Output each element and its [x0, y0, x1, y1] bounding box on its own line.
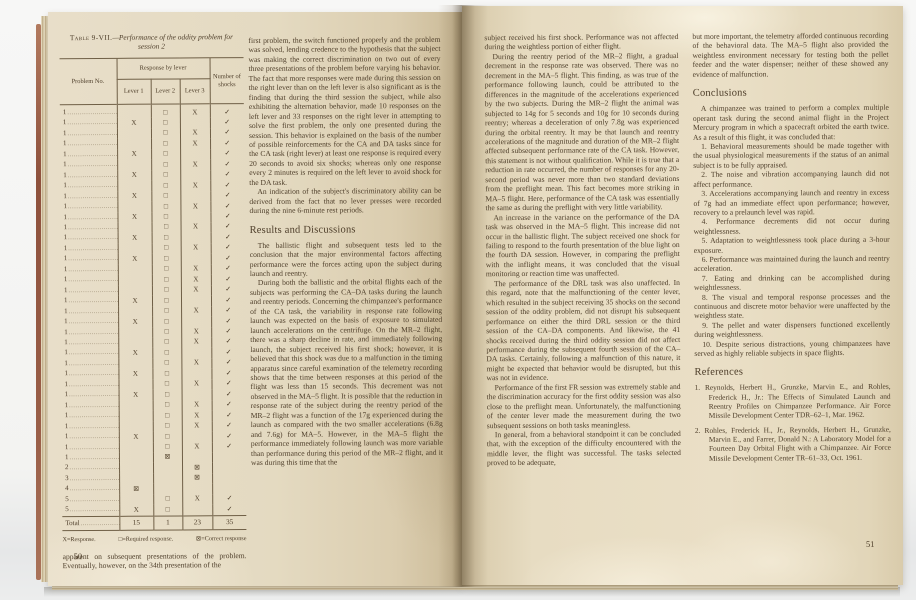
- shock-cell: ✓: [212, 389, 246, 400]
- lever2-cell: □: [153, 505, 182, 516]
- problem-cell: 1: [61, 380, 118, 391]
- shock-cell: ✓: [210, 159, 244, 170]
- body-paragraph: During the reentry period of the MR–2 fl…: [485, 51, 680, 213]
- lever2-cell: □: [151, 118, 180, 129]
- lever1-cell: X: [119, 505, 153, 516]
- oddity-table: Problem No. Response by lever Number of …: [60, 57, 247, 531]
- right-text-column-2: but more important, the telemetry afford…: [692, 31, 891, 468]
- right-page-content: subject received his first shock. Perfor…: [460, 5, 905, 587]
- problem-cell: 1: [61, 286, 118, 297]
- shock-cell: ✓: [212, 442, 246, 453]
- lever3-cell: [181, 295, 211, 306]
- dot-leader: [66, 109, 116, 119]
- problem-cell: 1: [61, 244, 118, 255]
- problem-cell: 1: [62, 453, 119, 464]
- lever3-cell: X: [180, 201, 210, 212]
- problem-cell: 1: [61, 275, 118, 286]
- dot-leader: [68, 349, 118, 359]
- dot-leader: [68, 328, 118, 338]
- conclusion-item: 1. Behavioral measurements should be mad…: [693, 141, 889, 170]
- dot-leader: [68, 318, 118, 328]
- table-title: Table 9-VII.—Performance of the oddity p…: [63, 32, 239, 51]
- reference-item: 2. Rohles, Frederick H., Jr., Reynolds, …: [695, 424, 891, 462]
- conclusion-item: 7. Eating and drinking can be accomplish…: [694, 272, 890, 292]
- lever2-cell: □: [152, 358, 181, 369]
- lever3-cell: X: [181, 264, 211, 275]
- problem-cell: 1: [62, 421, 119, 432]
- shock-cell: ✓: [211, 243, 245, 254]
- lever3-cell: ⊠: [182, 473, 212, 484]
- total-lever3: 23: [182, 515, 212, 529]
- results-heading: Results and Discussions: [250, 223, 442, 235]
- body-paragraph: first problem, the switch functioned pro…: [248, 35, 441, 187]
- problem-cell: 1: [61, 348, 118, 359]
- lever3-cell: [181, 233, 211, 244]
- conclusion-item: 9. The pellet and water dispensers funct…: [694, 320, 890, 340]
- dot-leader: [67, 192, 117, 202]
- lever1-cell: X: [118, 254, 152, 265]
- conclusion-item: 2. The noise and vibration accompanying …: [693, 169, 889, 189]
- lever1-cell: [117, 160, 151, 171]
- dot-leader: [68, 339, 118, 349]
- lever2-cell: □: [152, 317, 181, 328]
- body-paragraph: The performance of the DRL task was also…: [486, 278, 681, 383]
- body-paragraph: An indication of the subject's discrimin…: [249, 186, 441, 216]
- table-row: 1□X✓: [60, 104, 244, 119]
- conclusion-item: 8. The visual and temporal response proc…: [694, 291, 890, 320]
- lever1-cell: X: [118, 233, 152, 244]
- col-header-lever1: Lever 1: [117, 79, 151, 104]
- conclusion-item: 5. Adaptation to weightlessness took pla…: [694, 235, 890, 255]
- problem-cell: 1: [62, 401, 119, 412]
- conclusion-item: 6. Performance was maintained during the…: [694, 254, 890, 274]
- dot-leader: [67, 234, 117, 244]
- lever3-cell: [180, 191, 210, 202]
- lever3-cell: [182, 390, 212, 401]
- lever2-cell: □: [153, 431, 182, 442]
- shock-cell: ✓: [211, 264, 245, 275]
- dot-leader: [68, 307, 118, 317]
- legend-response: X=Response.: [62, 536, 95, 543]
- problem-cell: 1: [61, 296, 118, 307]
- lever2-cell: □: [152, 233, 181, 244]
- lever3-cell: X: [180, 160, 210, 171]
- dot-leader: [68, 360, 118, 370]
- lever3-cell: X: [182, 421, 212, 432]
- shock-cell: [212, 462, 246, 473]
- lever1-cell: [118, 223, 152, 234]
- body-paragraph: The ballistic flight and subsequent test…: [250, 239, 442, 278]
- lever3-cell: X: [182, 494, 212, 505]
- lever2-cell: □: [153, 421, 182, 432]
- dot-leader: [69, 475, 119, 485]
- lever3-cell: X: [181, 337, 211, 348]
- lever2-cell: □: [151, 181, 180, 192]
- table-caption: —Performance of the oddity problem for s…: [112, 32, 233, 51]
- col-header-problem: Problem No.: [60, 58, 117, 104]
- dot-leader: [67, 266, 117, 276]
- shock-cell: ✓: [210, 201, 244, 212]
- dot-leader: [68, 391, 118, 401]
- lever1-cell: ⊠: [119, 484, 153, 495]
- lever2-cell: □: [152, 254, 181, 265]
- lever2-cell: □: [151, 149, 180, 160]
- shock-cell: ✓: [211, 253, 245, 264]
- dot-leader: [67, 297, 117, 307]
- lever3-cell: X: [182, 410, 212, 421]
- dot-leader: [68, 422, 118, 432]
- left-page: Table 9-VII.—Performance of the oddity p…: [48, 12, 462, 586]
- lever3-cell: [182, 484, 212, 495]
- problem-cell: 1: [61, 359, 118, 370]
- lever3-cell: [180, 118, 210, 129]
- legend-correct-response: ⊠=Correct response: [196, 535, 246, 542]
- lever2-cell: [153, 484, 182, 495]
- dot-leader: [67, 182, 117, 192]
- body-paragraph: An increase in the variance on the perfo…: [485, 212, 679, 279]
- left-page-content: Table 9-VII.—Performance of the oddity p…: [46, 11, 463, 588]
- lever2-cell: □: [151, 212, 180, 223]
- shock-cell: [212, 483, 246, 494]
- references-heading: References: [694, 366, 890, 378]
- lever2-cell: [153, 463, 182, 474]
- dot-leader: [68, 454, 118, 464]
- lever1-cell: [119, 473, 153, 484]
- oddity-table-body: 1□X✓1X□✓1□X✓1□X✓1X□✓1□X✓1X□✓1□X✓1X□✓1□X✓…: [60, 104, 247, 517]
- shock-cell: ✓: [210, 191, 244, 202]
- problem-cell: 1: [62, 442, 119, 453]
- problem-cell: 1: [61, 306, 118, 317]
- lever2-cell: □: [151, 104, 180, 118]
- problem-cell: 1: [61, 338, 118, 349]
- lever1-cell: [118, 327, 152, 338]
- shock-cell: ✓: [211, 295, 245, 306]
- lever3-cell: X: [180, 128, 210, 139]
- problem-cell: 1: [60, 171, 117, 182]
- lever1-cell: [118, 275, 152, 286]
- lever2-cell: [153, 473, 182, 484]
- dot-leader: [67, 224, 117, 234]
- conclusion-item: 10. Despite serious distractions, young …: [694, 338, 890, 358]
- shock-cell: ✓: [210, 170, 244, 181]
- problem-cell: 1: [61, 223, 118, 234]
- lever1-cell: X: [118, 348, 152, 359]
- shock-cell: ✓: [210, 180, 244, 191]
- lever2-cell: ⊠: [153, 452, 182, 463]
- lever2-cell: □: [152, 222, 181, 233]
- shock-cell: ✓: [212, 494, 246, 505]
- problem-cell: 5: [62, 495, 119, 506]
- shock-cell: ✓: [211, 285, 245, 296]
- dot-leader: [67, 213, 117, 223]
- dot-leader: [67, 245, 117, 255]
- dot-leader: [67, 287, 117, 297]
- lever3-cell: [181, 348, 211, 359]
- lever1-cell: X: [117, 149, 151, 160]
- lever1-cell: [119, 442, 153, 453]
- lever2-cell: □: [152, 306, 181, 317]
- lever1-cell: [117, 129, 151, 140]
- dot-leader: [68, 370, 118, 380]
- page-number-right: 51: [866, 539, 875, 549]
- right-text-column-1: subject received his first shock. Perfor…: [484, 32, 681, 468]
- problem-cell: 2: [62, 463, 119, 474]
- lever2-cell: □: [152, 337, 181, 348]
- lever1-cell: X: [118, 296, 152, 307]
- col-header-lever2: Lever 2: [151, 79, 180, 104]
- lever3-cell: X: [181, 243, 211, 254]
- lever3-cell: X: [182, 442, 212, 453]
- shock-cell: ✓: [212, 400, 246, 411]
- lever1-cell: [117, 181, 151, 192]
- lever1-cell: X: [119, 432, 153, 443]
- shock-cell: [212, 452, 246, 463]
- lever2-cell: □: [152, 379, 181, 390]
- problem-cell: 1: [60, 118, 117, 129]
- dot-leader: [67, 140, 117, 150]
- shock-cell: ✓: [210, 138, 244, 149]
- right-page: subject received his first shock. Perfor…: [462, 6, 903, 585]
- shock-cell: ✓: [212, 410, 246, 421]
- lever3-cell: [182, 452, 212, 463]
- lever1-cell: [119, 421, 153, 432]
- lever3-cell: [182, 431, 212, 442]
- lever2-cell: □: [151, 128, 180, 139]
- shock-cell: ✓: [210, 118, 244, 129]
- dot-leader: [67, 172, 117, 182]
- problem-cell: 1: [61, 327, 118, 338]
- problem-cell: 1: [60, 191, 117, 202]
- table-column: Table 9-VII.—Performance of the oddity p…: [59, 32, 246, 571]
- lever1-cell: X: [118, 317, 152, 328]
- lever3-cell: [180, 170, 210, 181]
- lever2-cell: □: [151, 170, 180, 181]
- lever2-cell: □: [153, 494, 182, 505]
- dot-leader: [67, 276, 117, 286]
- col-header-shocks: Number of shocks: [210, 58, 244, 104]
- lever3-cell: X: [180, 139, 210, 150]
- shock-cell: ✓: [210, 212, 244, 223]
- shock-cell: ✓: [211, 368, 245, 379]
- lever2-cell: □: [151, 191, 180, 202]
- lever2-cell: □: [153, 411, 182, 422]
- lever2-cell: □: [152, 369, 181, 380]
- dot-leader: [69, 496, 119, 506]
- lever2-cell: □: [151, 139, 180, 150]
- shock-cell: ✓: [211, 232, 245, 243]
- lever1-cell: X: [118, 369, 152, 380]
- total-lever2: 1: [153, 516, 182, 530]
- reference-item: 1. Reynolds, Herbert H., Grunzke, Marvin…: [695, 382, 891, 420]
- lever1-cell: [119, 494, 153, 505]
- lever2-cell: □: [152, 243, 181, 254]
- total-label-cell: Total: [62, 516, 119, 530]
- lever1-cell: X: [117, 118, 151, 129]
- problem-cell: 5: [62, 505, 119, 516]
- lever1-cell: [118, 379, 152, 390]
- shock-cell: ✓: [211, 274, 245, 285]
- lever1-cell: [119, 463, 153, 474]
- table-legend: X=Response. □=Required response. ⊠=Corre…: [62, 535, 246, 543]
- dot-leader: [68, 381, 118, 391]
- shock-cell: ✓: [211, 337, 245, 348]
- lever2-cell: □: [153, 390, 182, 401]
- dot-leader: [68, 412, 118, 422]
- body-paragraph: but more important, the telemetry afford…: [692, 31, 888, 79]
- total-label: Total: [65, 519, 79, 527]
- shock-cell: ✓: [210, 104, 244, 118]
- problem-cell: 1: [62, 432, 119, 443]
- lever2-cell: □: [152, 296, 181, 307]
- lever1-cell: [119, 411, 153, 422]
- lever3-cell: ⊠: [182, 463, 212, 474]
- lever1-cell: X: [117, 212, 151, 223]
- total-shocks: 35: [212, 515, 246, 529]
- lever3-cell: X: [181, 275, 211, 286]
- problem-cell: 1: [61, 265, 118, 276]
- total-lever1: 15: [119, 516, 153, 530]
- lever1-cell: X: [117, 191, 151, 202]
- shock-cell: ✓: [212, 421, 246, 432]
- lever2-cell: □: [152, 275, 181, 286]
- shock-cell: ✓: [211, 347, 245, 358]
- shock-cell: ✓: [212, 431, 246, 442]
- problem-cell: 1: [60, 160, 117, 171]
- lever1-cell: [119, 453, 153, 464]
- lever1-cell: [117, 139, 151, 150]
- left-text-column: first problem, the switch functioned pro…: [248, 35, 443, 468]
- lever3-cell: X: [182, 400, 212, 411]
- lever1-cell: X: [119, 390, 153, 401]
- dot-leader: [67, 151, 117, 161]
- lever3-cell: X: [181, 222, 211, 233]
- lever3-cell: [180, 149, 210, 160]
- lever1-cell: [119, 400, 153, 411]
- dot-leader: [67, 161, 117, 171]
- lever3-cell: X: [181, 306, 211, 317]
- problem-cell: 1: [62, 390, 119, 401]
- lever3-cell: [181, 254, 211, 265]
- lever3-cell: [181, 369, 211, 380]
- problem-cell: 3: [62, 474, 119, 485]
- oddity-table-footer: Total 15 1 23 35: [62, 515, 246, 530]
- lever1-cell: [118, 359, 152, 370]
- lever1-cell: [117, 104, 151, 118]
- dot-leader: [66, 130, 116, 140]
- page-number-left: 50: [74, 551, 83, 561]
- problem-cell: 1: [62, 411, 119, 422]
- lever1-cell: [118, 264, 152, 275]
- shock-cell: ✓: [210, 128, 244, 139]
- problem-cell: 1: [60, 139, 117, 150]
- lever3-cell: X: [181, 285, 211, 296]
- problem-cell: 1: [60, 181, 117, 192]
- oddity-table-header: Problem No. Response by lever Number of …: [60, 58, 244, 105]
- lever2-cell: □: [151, 202, 180, 213]
- conclusion-item: 3. Accelerations accompanying launch and…: [693, 188, 889, 217]
- problem-cell: 1: [60, 212, 117, 223]
- lever1-cell: [118, 338, 152, 349]
- lever1-cell: [118, 306, 152, 317]
- shock-cell: ✓: [211, 327, 245, 338]
- lever3-cell: X: [181, 358, 211, 369]
- problem-cell: 1: [61, 233, 118, 244]
- problem-cell: 4: [62, 484, 119, 495]
- lever2-cell: □: [152, 285, 181, 296]
- dot-leader: [68, 443, 118, 453]
- body-paragraph: In general, from a behavioral standpoint…: [487, 429, 681, 468]
- dot-leader: [69, 464, 119, 474]
- conclusions-intro: A chimpanzee was trained to perform a co…: [693, 103, 889, 142]
- lever3-cell: X: [180, 104, 210, 118]
- legend-required-response: □=Required response.: [119, 535, 174, 542]
- conclusions-heading: Conclusions: [693, 87, 889, 99]
- continuation-paragraph: apparent on subsequent presentations of …: [63, 551, 247, 571]
- body-paragraph: During both the ballistic and the orbita…: [250, 277, 443, 467]
- body-paragraph: subject received his first shock. Perfor…: [484, 32, 678, 52]
- lever1-cell: X: [117, 170, 151, 181]
- lever2-cell: □: [152, 264, 181, 275]
- lever3-cell: X: [180, 180, 210, 191]
- lever2-cell: □: [153, 400, 182, 411]
- lever2-cell: □: [153, 442, 182, 453]
- dot-leader: [69, 506, 119, 516]
- lever3-cell: X: [181, 379, 211, 390]
- dot-leader: [69, 485, 119, 495]
- shock-cell: [212, 473, 246, 484]
- problem-cell: 1: [61, 254, 118, 265]
- shock-cell: ✓: [210, 149, 244, 160]
- problem-cell: 1: [60, 104, 117, 118]
- total-row: Total 15 1 23 35: [62, 515, 246, 530]
- lever2-cell: □: [151, 160, 180, 171]
- dot-leader: [67, 203, 117, 213]
- lever3-cell: [182, 504, 212, 515]
- problem-cell: 1: [60, 202, 117, 213]
- dot-leader: [67, 255, 117, 265]
- lever3-cell: [181, 316, 211, 327]
- dot-leader: [68, 433, 118, 443]
- shock-cell: ✓: [212, 504, 246, 515]
- dot-leader: [80, 521, 119, 527]
- problem-cell: 1: [60, 150, 117, 161]
- problem-cell: 1: [60, 129, 117, 140]
- dot-leader: [66, 119, 116, 129]
- shock-cell: ✓: [211, 358, 245, 369]
- col-header-lever3: Lever 3: [180, 79, 210, 104]
- col-header-response-by-lever: Response by lever: [117, 58, 210, 80]
- lever3-cell: X: [181, 327, 211, 338]
- lever1-cell: [117, 202, 151, 213]
- lever2-cell: □: [152, 327, 181, 338]
- lever2-cell: □: [152, 348, 181, 359]
- conclusion-item: 4. Performance decrements did not occur …: [694, 216, 890, 236]
- dot-leader: [68, 402, 118, 412]
- shock-cell: ✓: [211, 306, 245, 317]
- shock-cell: ✓: [211, 316, 245, 327]
- shock-cell: ✓: [211, 222, 245, 233]
- table-number: Table 9-VII.: [70, 33, 113, 42]
- problem-cell: 1: [61, 317, 118, 328]
- lever3-cell: [180, 212, 210, 223]
- shock-cell: ✓: [212, 379, 246, 390]
- problem-cell: 1: [61, 369, 118, 380]
- lever1-cell: [118, 244, 152, 255]
- lever1-cell: [118, 285, 152, 296]
- body-paragraph: Performance of the first FR session was …: [487, 382, 681, 430]
